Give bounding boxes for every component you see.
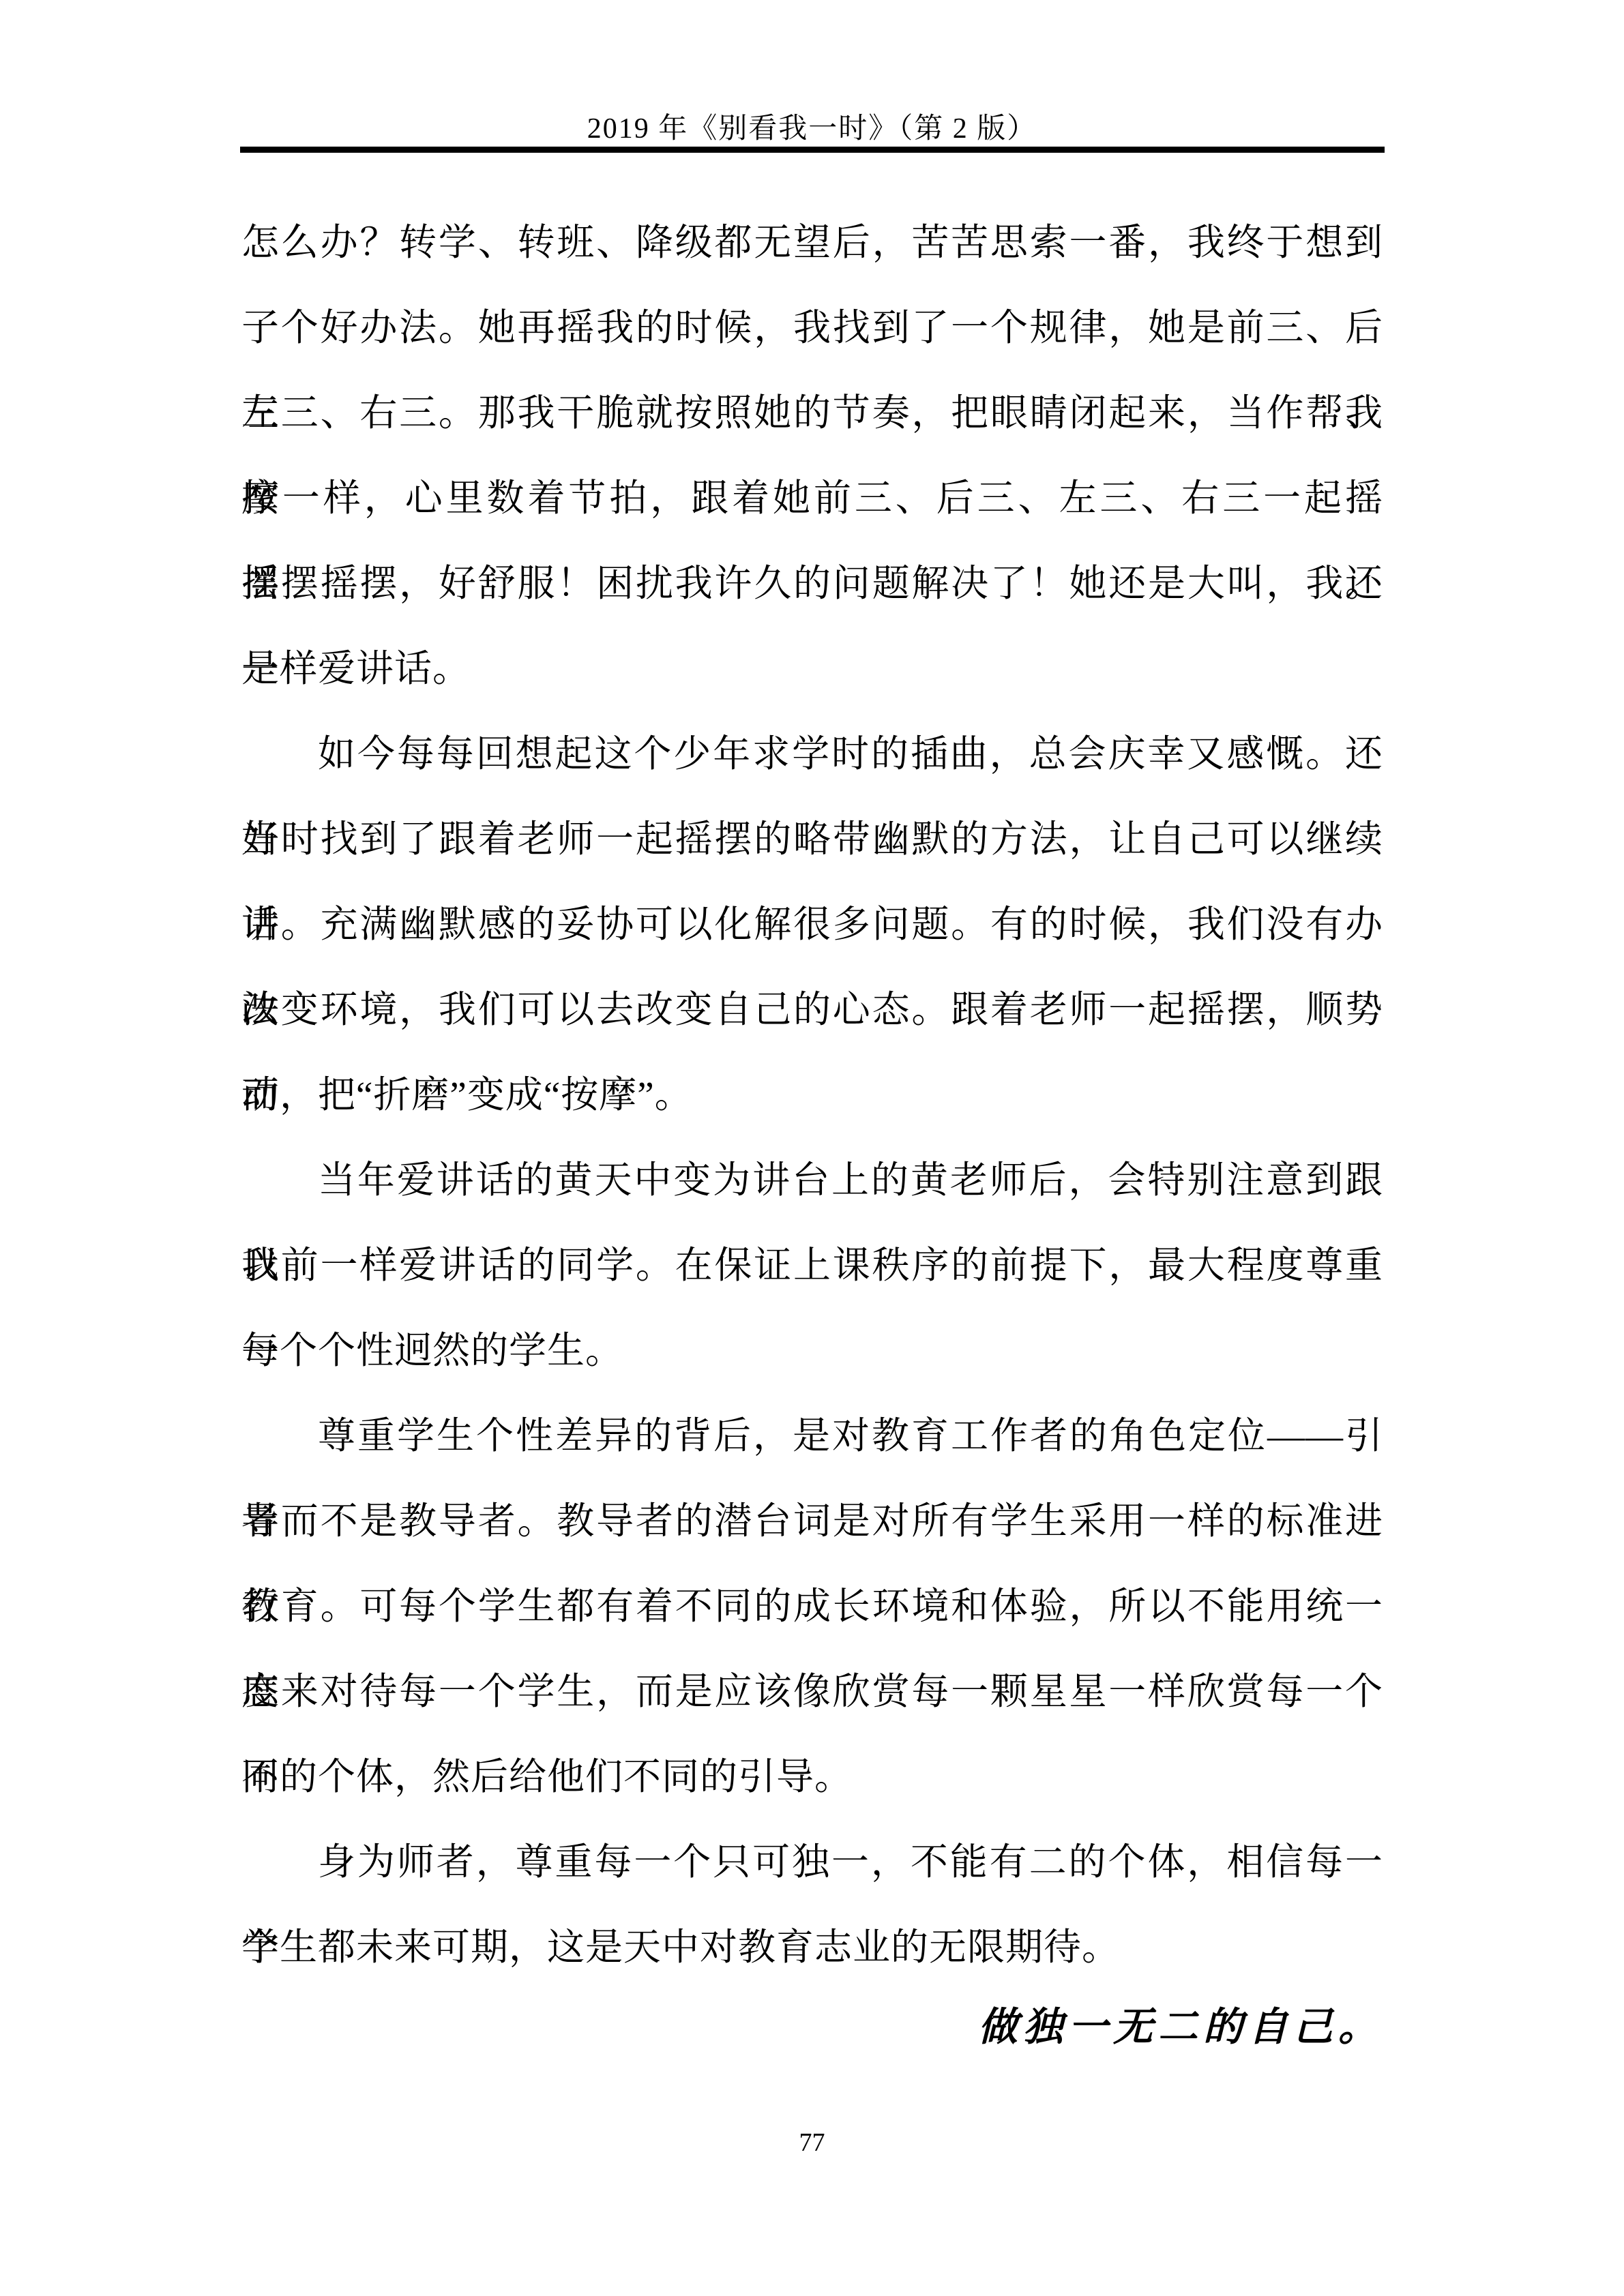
text-line: 话。充满幽默感的妥协可以化解很多问题。有的时候，我们没有办法 [241, 882, 1383, 967]
text-line: 一个个性迥然的学生。 [241, 1308, 1383, 1393]
text-line: 同的个体，然后给他们不同的引导。 [241, 1734, 1383, 1819]
text-line: 一个好办法。她再摇我的时候，我找到了一个规律，她是前三、后三、 [241, 285, 1383, 370]
page-header-title: 2019 年《别看我一时》（第 2 版） [0, 111, 1624, 147]
text-line: 当时找到了跟着老师一起摇摆的略带幽默的方法，让自己可以继续讲 [241, 796, 1383, 882]
text-line: 改变环境，我们可以去改变自己的心态。跟着老师一起摇摆，顺势而 [241, 967, 1383, 1052]
text-line: 左三、右三。那我干脆就按照她的节奏，把眼睛闭起来，当作帮我按 [241, 370, 1383, 456]
text-line: 学生都未来可期，这是天中对教育志业的无限期待。 [241, 1905, 1383, 1990]
text-line: 以前一样爱讲话的同学。在保证上课秩序的前提下，最大程度尊重每 [241, 1223, 1383, 1308]
closing-line: 做独一无二的自己。 [241, 1986, 1383, 2068]
text-line: 身为师者，尊重每一个只可独一，不能有二的个体，相信每一个 [241, 1819, 1383, 1905]
text-line: 尊重学生个性差异的背后，是对教育工作者的角色定位——引导 [241, 1393, 1383, 1478]
text-line: 一样爱讲话。 [241, 626, 1383, 711]
text-line: 度来对待每一个学生，而是应该像欣赏每一颗星星一样欣赏每一个不 [241, 1649, 1383, 1734]
text-line: 如今每每回想起这个少年求学时的插曲，总会庆幸又感慨。还好 [241, 711, 1383, 796]
text-line: 当年爱讲话的黄天中变为讲台上的黄老师后，会特别注意到跟我 [241, 1137, 1383, 1223]
page-number: 77 [0, 2126, 1624, 2159]
text-line: 怎么办？转学、转班、降级都无望后，苦苦思索一番，我终于想到了 [241, 200, 1383, 285]
text-line: 教育。可每个学生都有着不同的成长环境和体验，所以不能用统一态 [241, 1564, 1383, 1649]
text-line: 者而不是教导者。教导者的潜台词是对所有学生采用一样的标准进行 [241, 1478, 1383, 1564]
body-text: 怎么办？转学、转班、降级都无望后，苦苦思索一番，我终于想到了一个好办法。她再摇我… [241, 200, 1383, 1990]
header-rule [240, 147, 1385, 153]
text-line: 摇摆摇摆，好舒服！困扰我许久的问题解决了！她还是大叫，我还是 [241, 541, 1383, 626]
document-page: 2019 年《别看我一时》（第 2 版） 怎么办？转学、转班、降级都无望后，苦苦… [0, 0, 1624, 2296]
text-line: 摩一样，心里数着节拍，跟着她前三、后三、左三、右三一起摇摆。 [241, 456, 1383, 541]
text-line: 动，把“折磨”变成“按摩”。 [241, 1052, 1383, 1137]
